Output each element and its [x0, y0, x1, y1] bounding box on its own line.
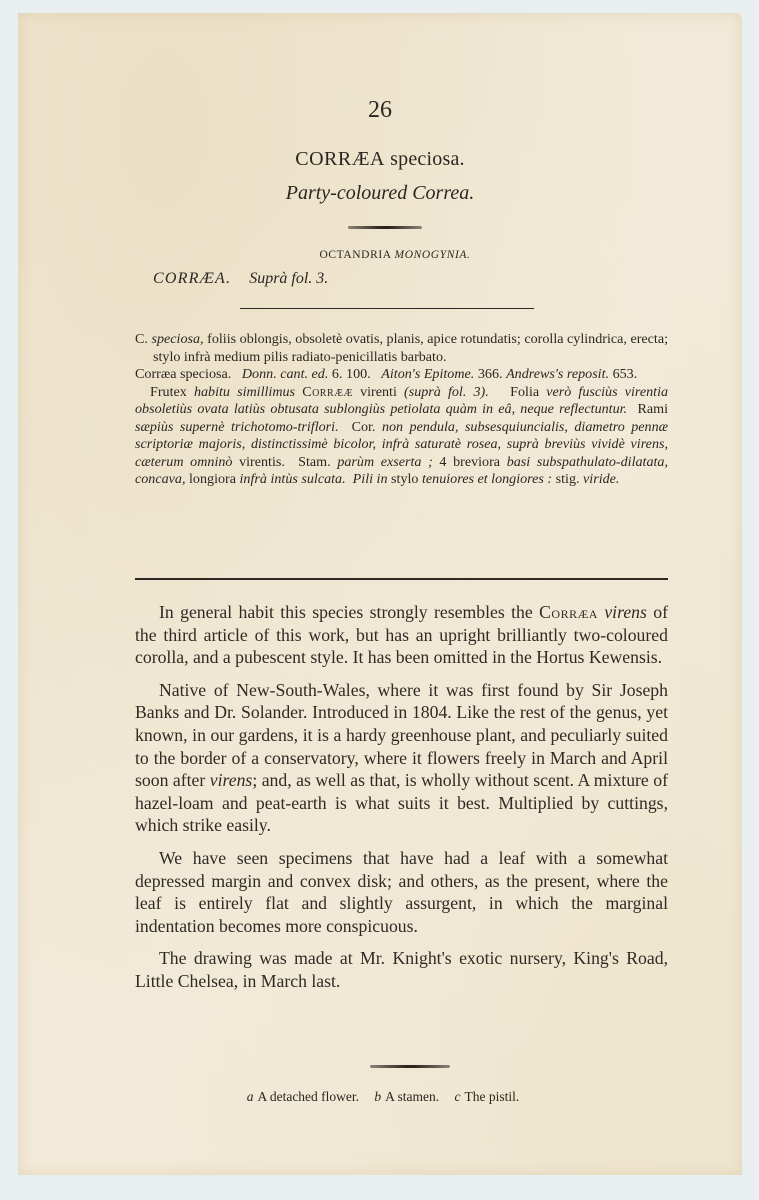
classification: OCTANDRIA MONOGYNIA.	[18, 249, 742, 261]
genus-ref-page: Suprà fol. 3.	[249, 270, 328, 287]
latin-description: C. speciosa, foliis oblongis, obsoletè o…	[135, 331, 668, 489]
paragraph-drawing: The drawing was made at Mr. Knight's exo…	[135, 947, 668, 992]
genus-ref-name: CORRÆA.	[153, 270, 231, 287]
english-text: In general habit this species strongly r…	[135, 601, 668, 1003]
page-title: CORRÆA speciosa.	[18, 148, 742, 171]
paragraph-habit: In general habit this species strongly r…	[135, 601, 668, 669]
caption-key-b: b	[374, 1089, 381, 1104]
paper-page: 26 CORRÆA speciosa. Party-coloured Corre…	[18, 13, 742, 1175]
divider-rule	[240, 308, 534, 309]
genus-reference: CORRÆA. Suprà fol. 3.	[153, 270, 328, 288]
ornamental-rule-top	[348, 226, 422, 229]
title-genus: CORRÆA	[295, 148, 385, 170]
synonymy: Corræa speciosa. Donn. cant. ed. 6. 100.…	[135, 366, 668, 384]
page-number: 26	[18, 97, 742, 124]
order-name: MONOGYNIA.	[395, 249, 471, 261]
caption-key-a: a	[247, 1089, 254, 1104]
figure-caption: aA detached flower. bA stamen. cThe pist…	[18, 1089, 742, 1105]
title-species: speciosa.	[390, 148, 465, 170]
species-description: Frutex habitu simillimus Corrææ virenti …	[135, 384, 668, 489]
caption-key-c: c	[455, 1089, 461, 1104]
diagnosis: C. speciosa, foliis oblongis, obsoletè o…	[135, 331, 668, 366]
ornamental-rule-bottom	[370, 1065, 450, 1068]
paragraph-native: Native of New-South-Wales, where it was …	[135, 679, 668, 837]
paragraph-specimens: We have seen specimens that have had a l…	[135, 847, 668, 937]
section-divider	[135, 578, 668, 580]
common-name: Party-coloured Correa.	[18, 182, 742, 205]
class-name: OCTANDRIA	[319, 249, 391, 261]
